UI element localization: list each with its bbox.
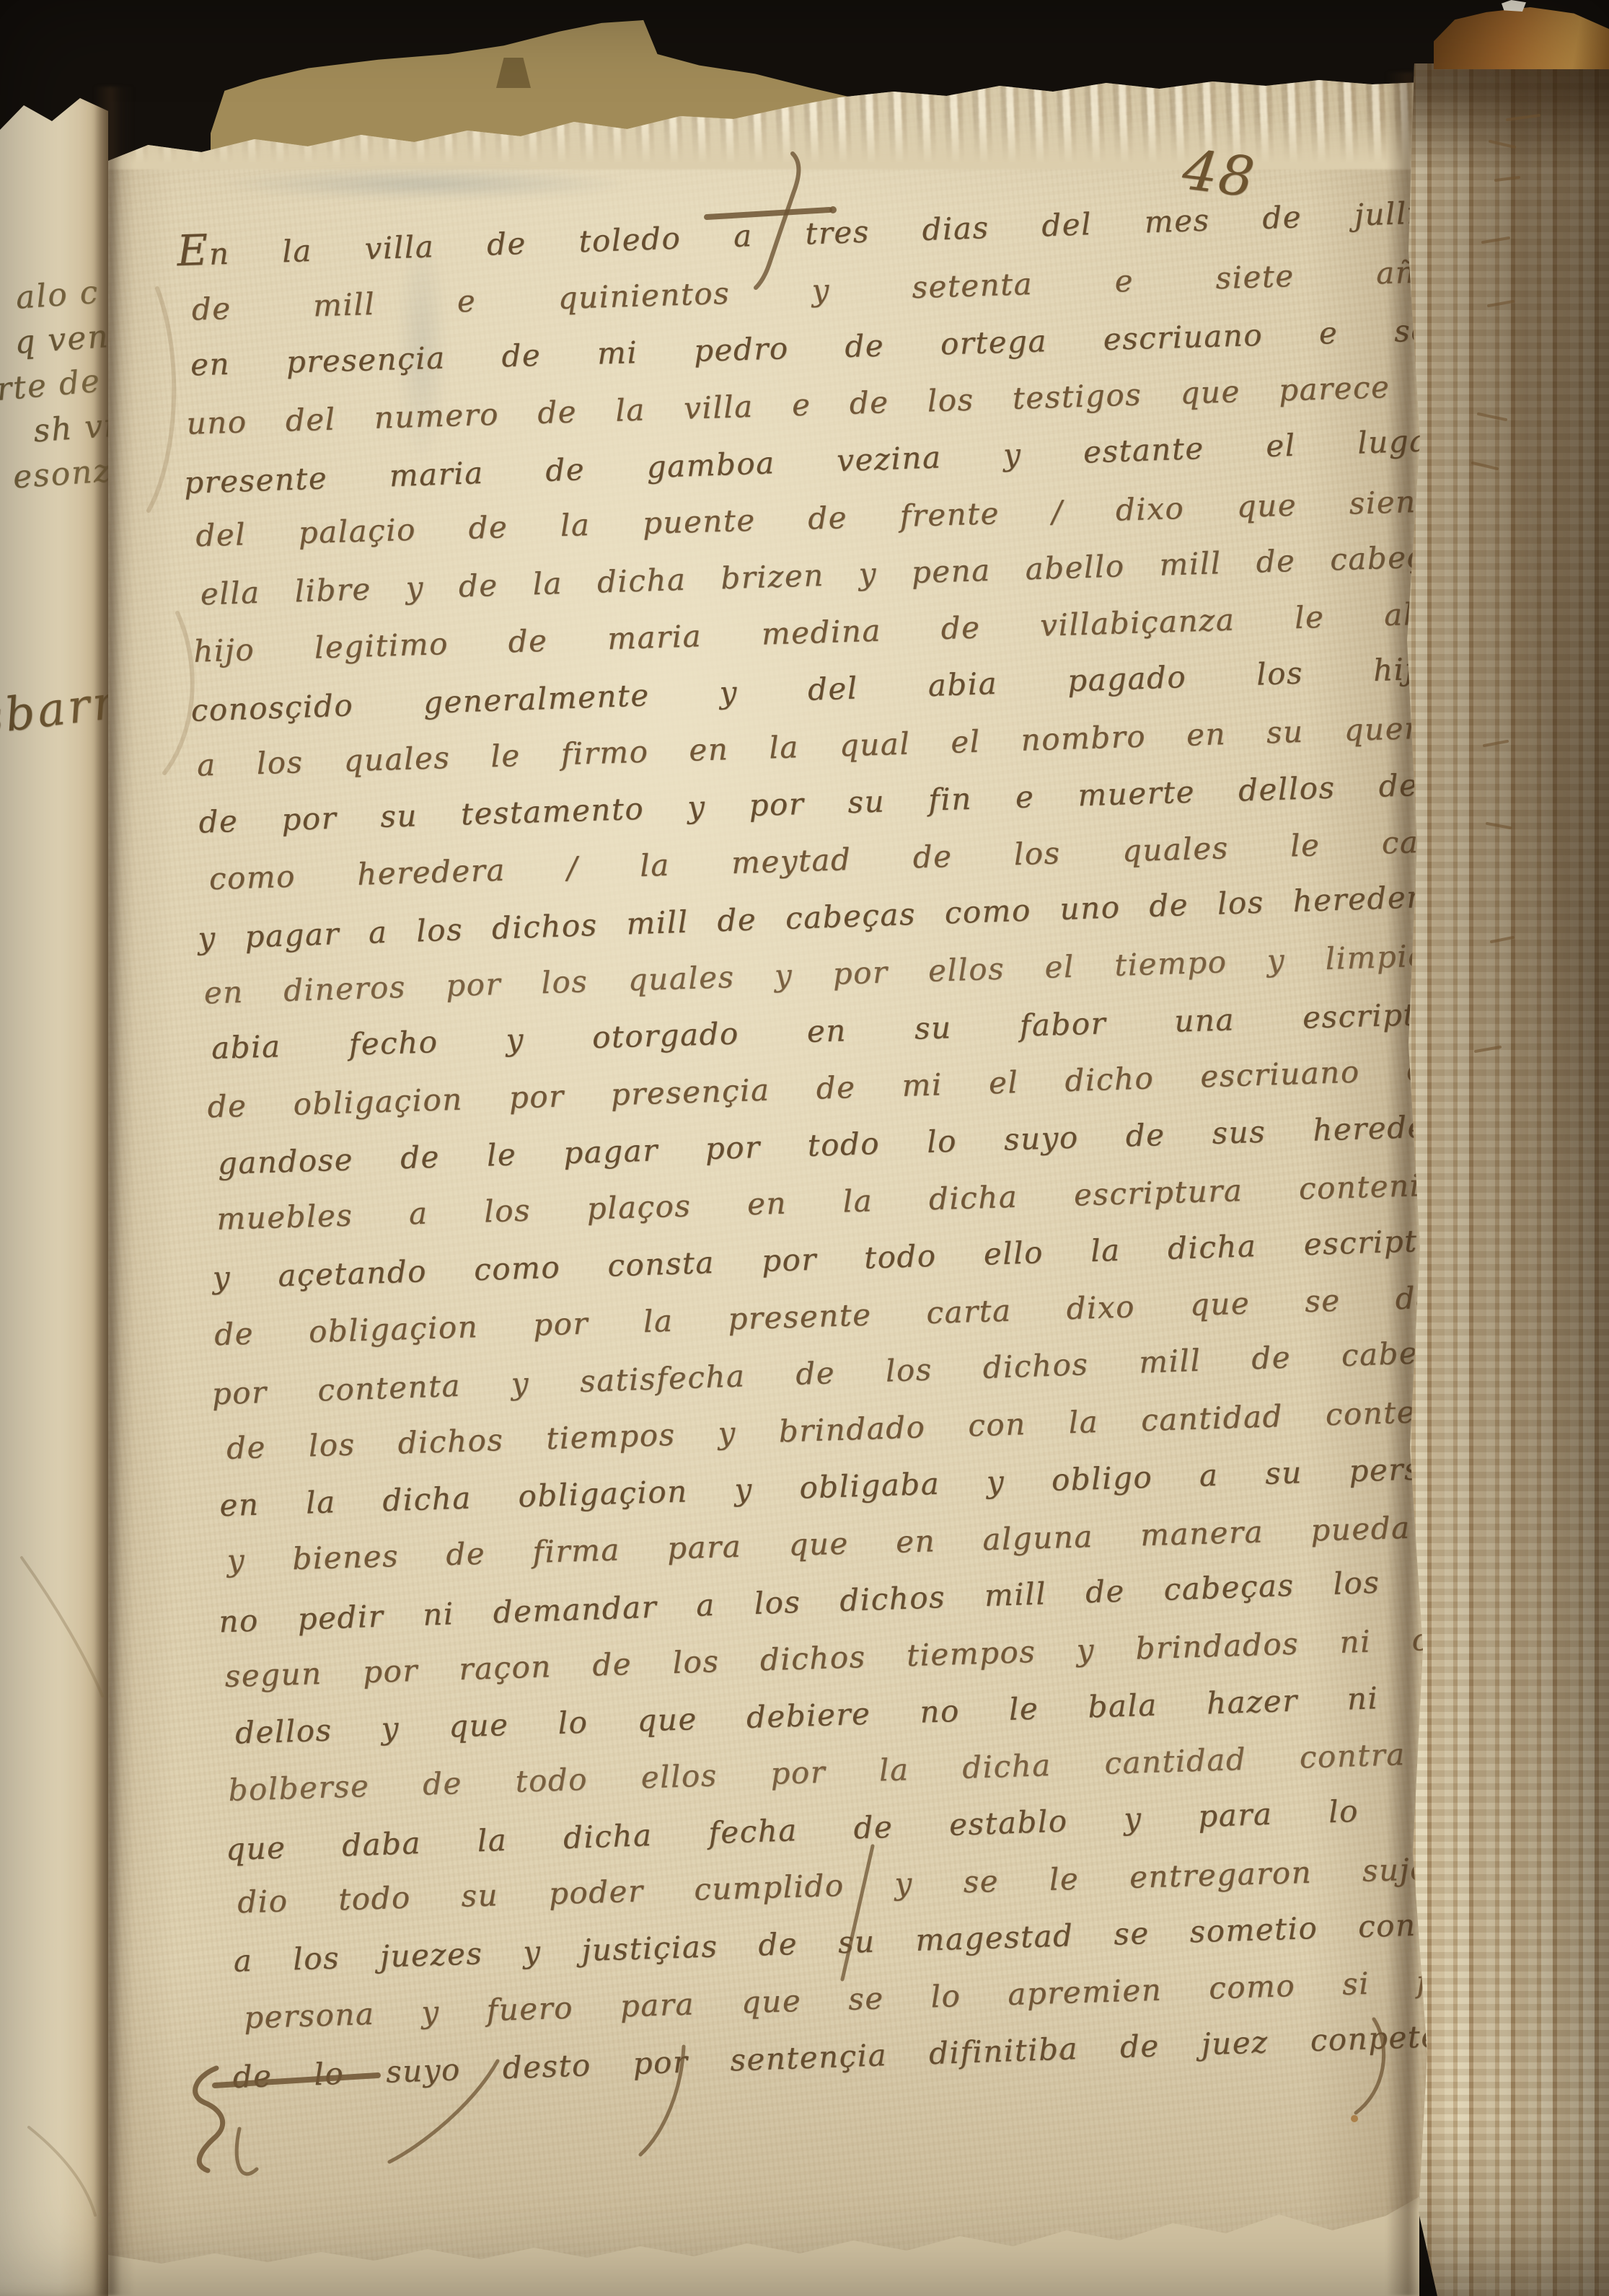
text-fragment: esonz — [0, 449, 108, 501]
text-fragment: alo c — [0, 270, 100, 323]
fore-edge-page-stack — [1403, 63, 1609, 2296]
fore-edge-shadow — [1386, 72, 1418, 2296]
manuscript-text-block: En la villa de toledo a tres dias del me… — [180, 182, 1439, 2103]
manuscript-scan: alo cq venrte desh viesonz sbarre En la … — [0, 0, 1609, 2296]
bleed-text-fragments: alo cq venrte desh viesonz — [0, 270, 108, 501]
gutter-crease — [94, 87, 134, 2296]
adjacent-page-edge: alo cq venrte desh viesonz sbarre — [0, 92, 108, 2296]
curled-cover-edge — [1434, 7, 1609, 69]
manuscript-page: En la villa de toledo a tres dias del me… — [108, 76, 1439, 2268]
text-fragment: sh vi — [0, 404, 108, 456]
paper-scrap — [1502, 0, 1526, 12]
folio-number: 48 — [1179, 137, 1259, 210]
signature-fragment: sbarre — [0, 672, 108, 746]
ink-smudge — [224, 168, 627, 200]
